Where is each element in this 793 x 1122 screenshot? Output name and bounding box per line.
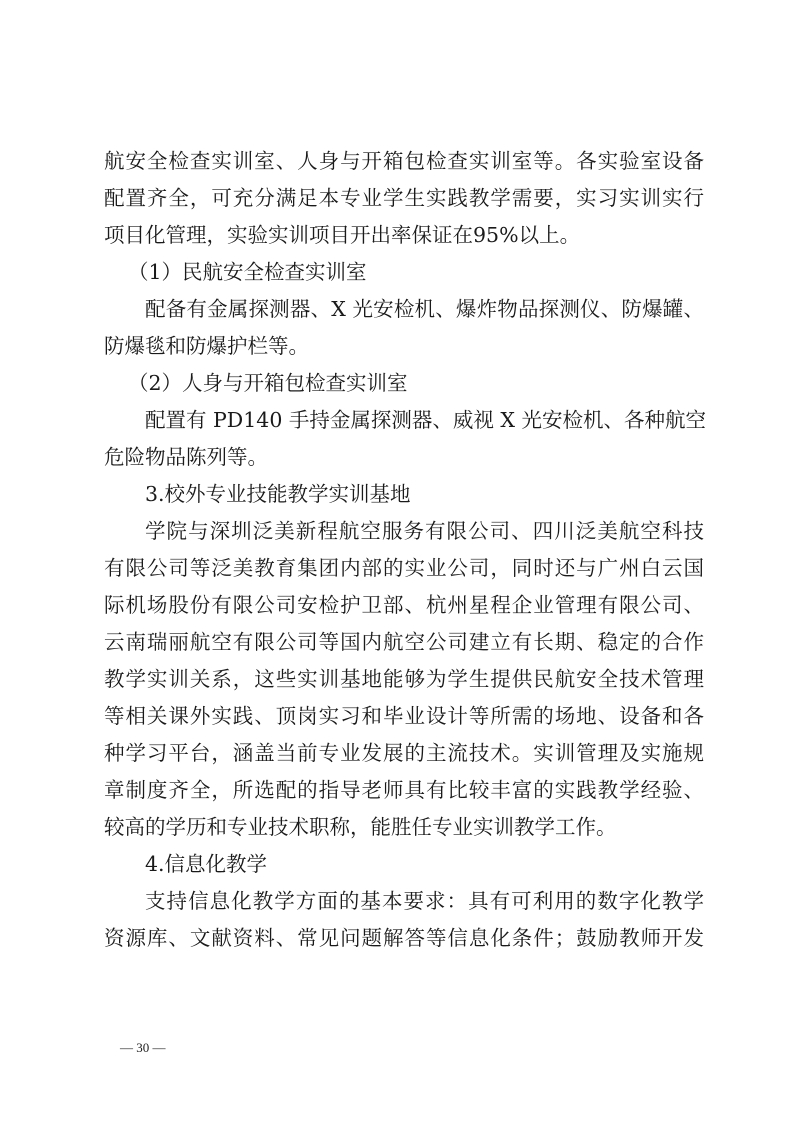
paragraph-line: 较高的学历和专业技术职称，能胜任专业实训教学工作。 (104, 809, 704, 846)
paragraph-line: 防爆毯和防爆护栏等。 (104, 328, 704, 365)
paragraph-line: 云南瑞丽航空有限公司等国内航空公司建立有长期、稳定的合作 (104, 624, 704, 661)
paragraph-line: 学院与深圳泛美新程航空服务有限公司、四川泛美航空科技 (104, 513, 704, 550)
section-heading-1: （1）民航安全检查实训室 (104, 254, 704, 291)
paragraph-line: 教学实训关系，这些实训基地能够为学生提供民航安全技术管理 (104, 661, 704, 698)
section-heading-2: （2）人身与开箱包检查实训室 (104, 365, 704, 402)
document-page: 航安全检查实训室、人身与开箱包检查实训室等。各实验室设备 配置齐全，可充分满足本… (104, 143, 704, 957)
paragraph-line: 等相关课外实践、顶岗实习和毕业设计等所需的场地、设备和各 (104, 698, 704, 735)
paragraph-line: 种学习平台，涵盖当前专业发展的主流技术。实训管理及实施规 (104, 735, 704, 772)
paragraph-line: 际机场股份有限公司安检护卫部、杭州星程企业管理有限公司、 (104, 587, 704, 624)
paragraph-line: 资源库、文献资料、常见问题解答等信息化条件；鼓励教师开发 (104, 920, 704, 957)
paragraph-line: 项目化管理，实验实训项目开出率保证在95%以上。 (104, 217, 704, 254)
section-heading-4: 4.信息化教学 (104, 846, 704, 883)
paragraph-line: 配备有金属探测器、X 光安检机、爆炸物品探测仪、防爆罐、 (104, 291, 704, 328)
paragraph-line: 配置有 PD140 手持金属探测器、威视 X 光安检机、各种航空 (104, 402, 704, 439)
paragraph-line: 支持信息化教学方面的基本要求：具有可利用的数字化教学 (104, 883, 704, 920)
section-heading-3: 3.校外专业技能教学实训基地 (104, 476, 704, 513)
paragraph-line: 危险物品陈列等。 (104, 439, 704, 476)
paragraph-line: 航安全检查实训室、人身与开箱包检查实训室等。各实验室设备 (104, 143, 704, 180)
paragraph-line: 有限公司等泛美教育集团内部的实业公司，同时还与广州白云国 (104, 550, 704, 587)
page-number: — 30 — (120, 1040, 166, 1056)
paragraph-line: 章制度齐全，所选配的指导老师具有比较丰富的实践教学经验、 (104, 772, 704, 809)
paragraph-line: 配置齐全，可充分满足本专业学生实践教学需要，实习实训实行 (104, 180, 704, 217)
